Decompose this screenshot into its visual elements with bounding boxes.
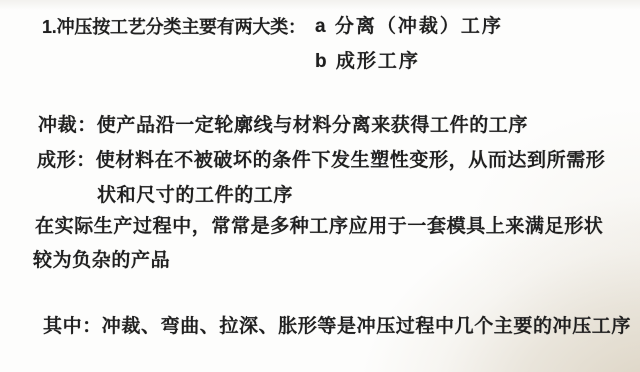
production-note-line1: 在实际生产过程中，常常是多种工序应用于一套模具上来满足形状 — [35, 216, 603, 238]
definition-forming-line2: 状和尺寸的工件的工序 — [97, 185, 293, 207]
category-a-separation: a 分离（冲裁）工序 — [315, 16, 503, 38]
classification-heading: 1.冲压按工艺分类主要有两大类： — [42, 16, 306, 38]
summary-main-processes: 其中：冲裁、弯曲、拉深、胀形等是冲压过程中几个主要的冲压工序 — [43, 316, 631, 338]
category-b-forming: b 成形工序 — [315, 51, 420, 73]
slide-page: 1.冲压按工艺分类主要有两大类： a 分离（冲裁）工序 b 成形工序 冲裁：使产… — [0, 0, 640, 372]
production-note-line2: 较为负杂的产品 — [33, 250, 170, 272]
definition-blanking: 冲裁：使产品沿一定轮廓线与材料分离来获得工件的工序 — [38, 115, 528, 137]
definition-forming-line1: 成形：使材料在不被破坏的条件下发生塑性变形，从而达到所需形 — [37, 150, 605, 172]
